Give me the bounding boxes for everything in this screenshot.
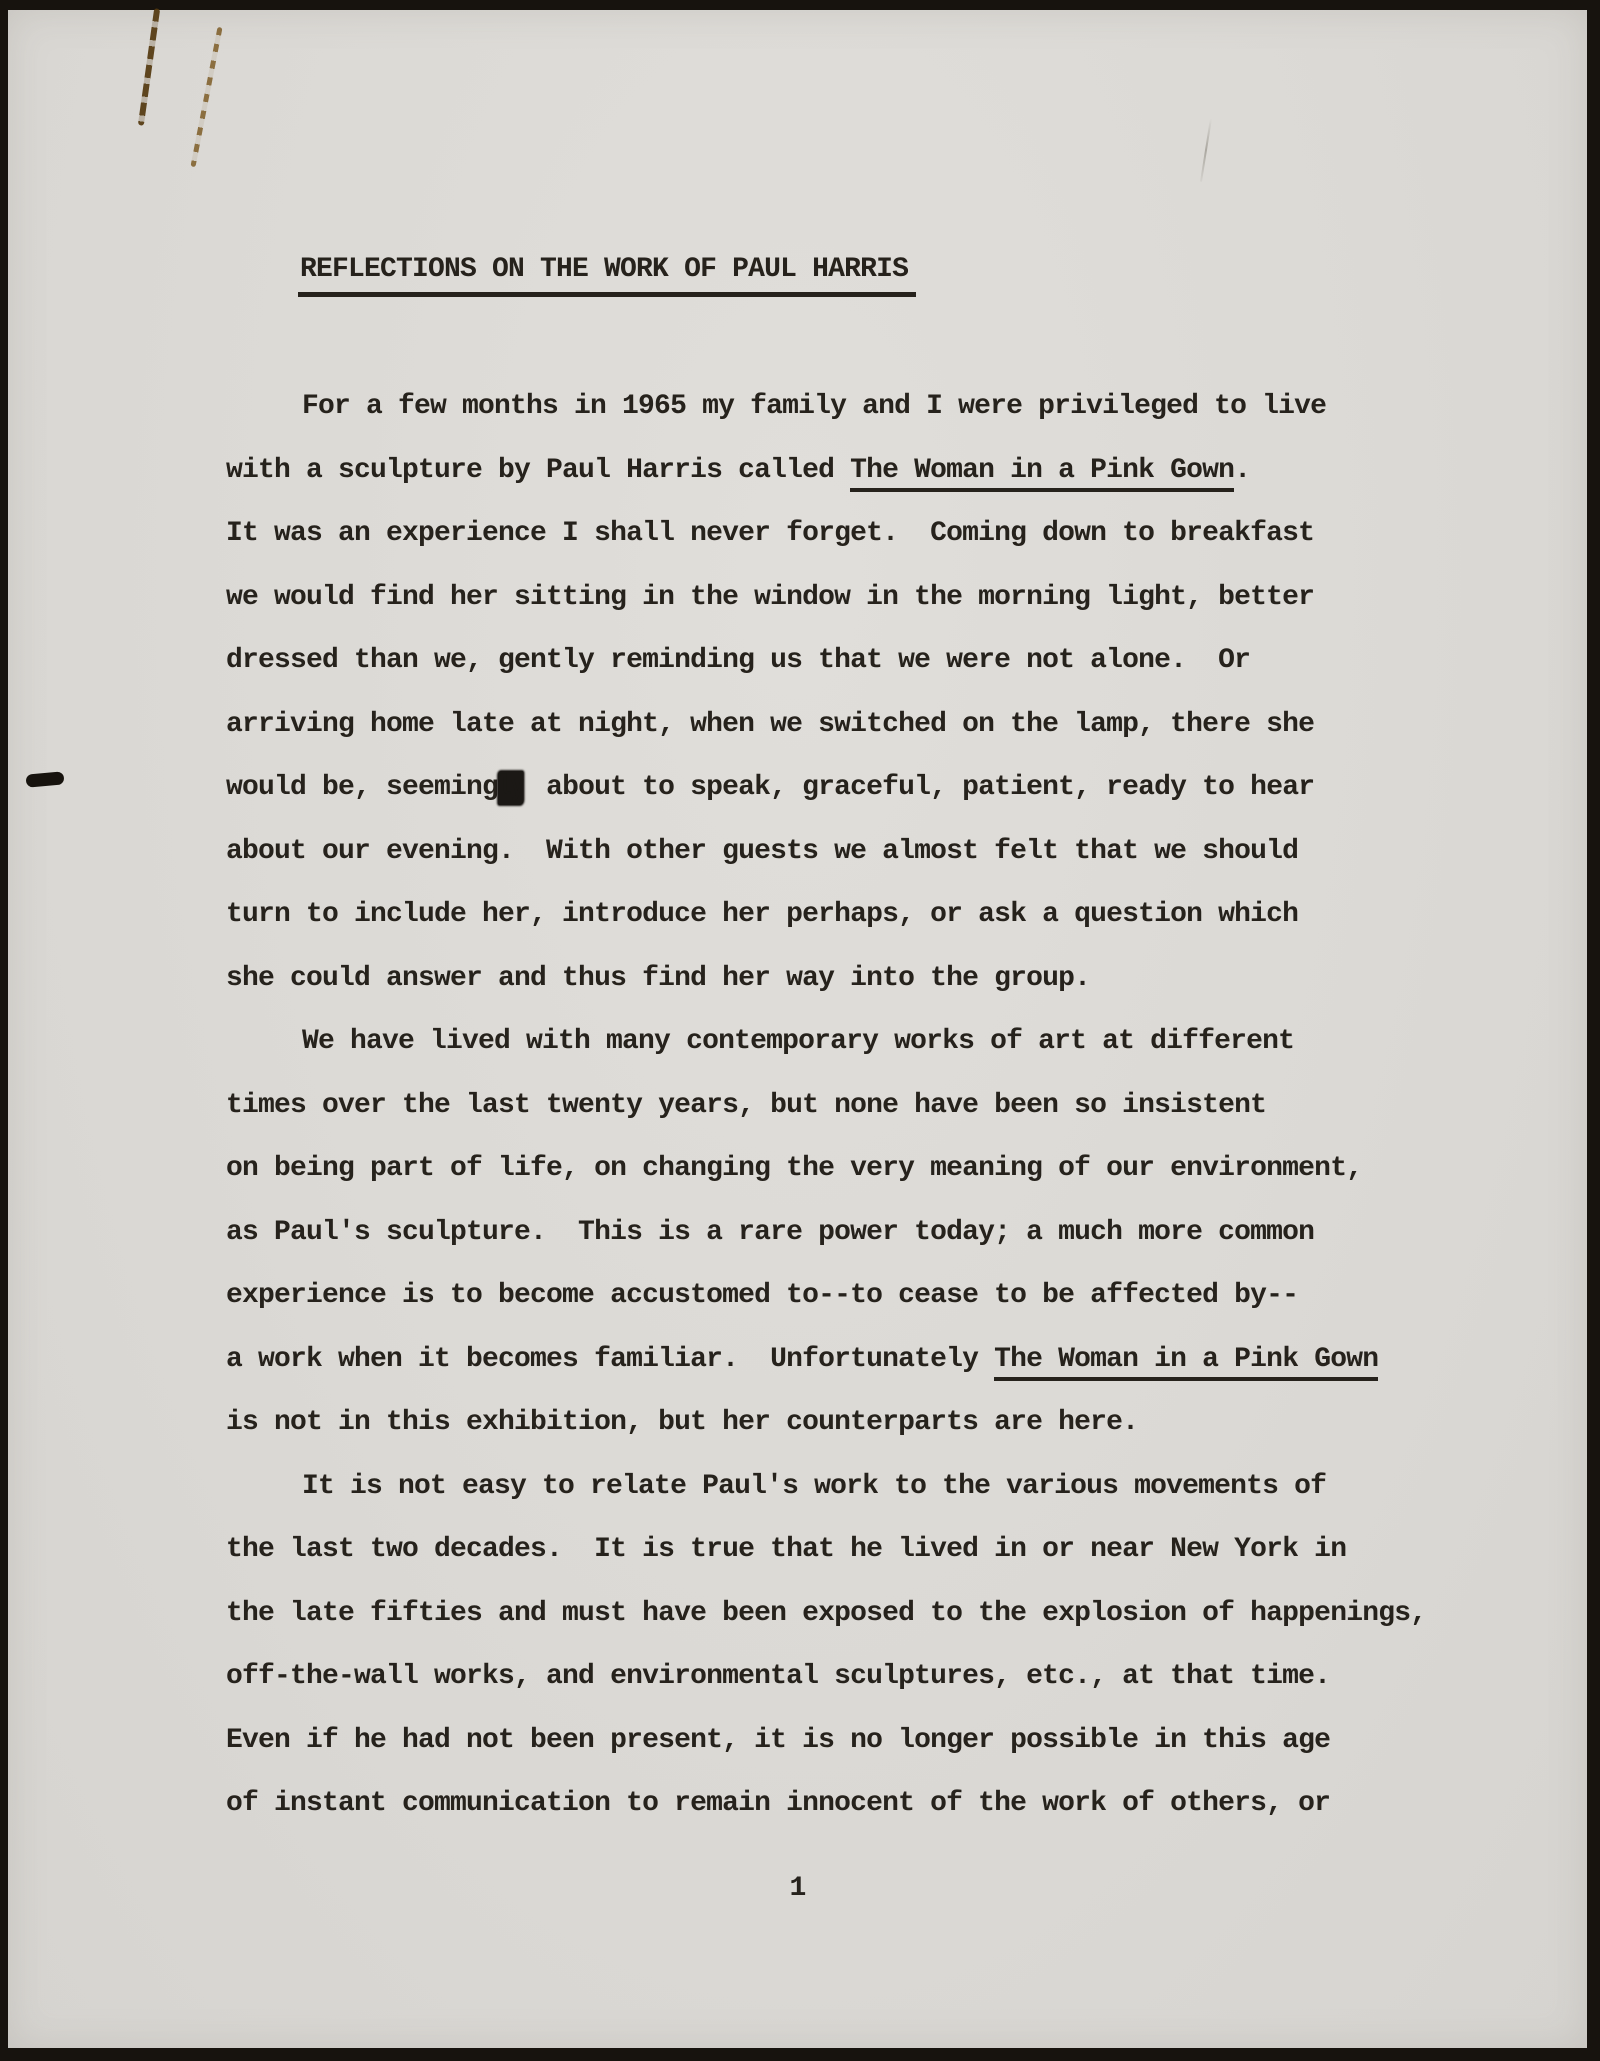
typed-text: times over the last twenty years, but no…	[226, 1090, 1266, 1121]
typed-line: It was an experience I shall never forge…	[226, 517, 1426, 581]
typed-line: experience is to become accustomed to--t…	[226, 1279, 1426, 1343]
typed-line: is not in this exhibition, but her count…	[226, 1406, 1426, 1470]
typed-text: It is not easy to relate Paul's work to …	[302, 1471, 1326, 1502]
typed-line: times over the last twenty years, but no…	[226, 1089, 1426, 1153]
typed-line: off-the-wall works, and environmental sc…	[226, 1660, 1426, 1724]
typed-text: would be, seeming	[226, 772, 498, 803]
typed-text: as Paul's sculpture. This is a rare powe…	[226, 1217, 1314, 1248]
typed-text: Even if he had not been present, it is n…	[226, 1725, 1330, 1756]
underlined-artwork-title: The Woman in a Pink Gown	[994, 1344, 1378, 1381]
typed-text: on being part of life, on changing the v…	[226, 1153, 1362, 1184]
typed-line: she could answer and thus find her way i…	[226, 962, 1426, 1026]
typed-line: the late fifties and must have been expo…	[226, 1597, 1426, 1661]
typed-text: with a sculpture by Paul Harris called	[226, 455, 850, 486]
typed-text: arriving home late at night, when we swi…	[226, 709, 1314, 740]
typed-line: We have lived with many contemporary wor…	[226, 1025, 1426, 1089]
typed-text: It was an experience I shall never forge…	[226, 518, 1314, 549]
document-body: For a few months in 1965 my family and I…	[226, 390, 1426, 1851]
typed-text: she could answer and thus find her way i…	[226, 963, 1090, 994]
typed-line: It is not easy to relate Paul's work to …	[226, 1470, 1426, 1534]
typed-text: about our evening. With other guests we …	[226, 836, 1298, 867]
typed-text: We have lived with many contemporary wor…	[302, 1026, 1294, 1057]
ink-blot-correction: ly	[498, 771, 524, 805]
typed-text: dressed than we, gently reminding us tha…	[226, 645, 1250, 676]
paper-sheet: REFLECTIONS ON THE WORK OF PAUL HARRIS F…	[8, 10, 1587, 2048]
typed-text: the last two decades. It is true that he…	[226, 1534, 1346, 1565]
typed-text: experience is to become accustomed to--t…	[226, 1280, 1298, 1311]
typed-text: is not in this exhibition, but her count…	[226, 1407, 1138, 1438]
typed-line: a work when it becomes familiar. Unfortu…	[226, 1343, 1426, 1407]
typed-text: turn to include her, introduce her perha…	[226, 899, 1298, 930]
staple-rust-mark-left	[138, 8, 160, 126]
typed-line: Even if he had not been present, it is n…	[226, 1724, 1426, 1788]
typed-line: would be, seemingly about to speak, grac…	[226, 771, 1426, 835]
typed-line: of instant communication to remain innoc…	[226, 1787, 1426, 1851]
typed-text: we would find her sitting in the window …	[226, 582, 1314, 613]
typed-line: turn to include her, introduce her perha…	[226, 898, 1426, 962]
page-number: 1	[8, 1872, 1587, 1906]
typed-line: arriving home late at night, when we swi…	[226, 708, 1426, 772]
typed-text: about to speak, graceful, patient, ready…	[530, 772, 1314, 803]
faint-scratch-mark	[1200, 118, 1212, 182]
typed-text: For a few months in 1965 my family and I…	[302, 391, 1326, 422]
typed-line: dressed than we, gently reminding us tha…	[226, 644, 1426, 708]
typed-line: we would find her sitting in the window …	[226, 581, 1426, 645]
typed-line: as Paul's sculpture. This is a rare powe…	[226, 1216, 1426, 1280]
ink-dash-mark	[26, 771, 65, 787]
staple-rust-mark-right	[190, 27, 222, 167]
typed-text: off-the-wall works, and environmental sc…	[226, 1661, 1330, 1692]
typed-line: the last two decades. It is true that he…	[226, 1533, 1426, 1597]
typed-line: For a few months in 1965 my family and I…	[226, 390, 1426, 454]
typed-line: with a sculpture by Paul Harris called T…	[226, 454, 1426, 518]
typed-text: .	[1234, 455, 1250, 486]
document-title: REFLECTIONS ON THE WORK OF PAUL HARRIS	[298, 254, 916, 297]
typed-text: a work when it becomes familiar. Unfortu…	[226, 1344, 994, 1375]
typed-text: the late fifties and must have been expo…	[226, 1598, 1426, 1629]
typed-line: about our evening. With other guests we …	[226, 835, 1426, 899]
typed-text: of instant communication to remain innoc…	[226, 1788, 1330, 1819]
underlined-artwork-title: The Woman in a Pink Gown	[850, 455, 1234, 492]
scanned-page: REFLECTIONS ON THE WORK OF PAUL HARRIS F…	[0, 0, 1600, 2061]
typed-line: on being part of life, on changing the v…	[226, 1152, 1426, 1216]
